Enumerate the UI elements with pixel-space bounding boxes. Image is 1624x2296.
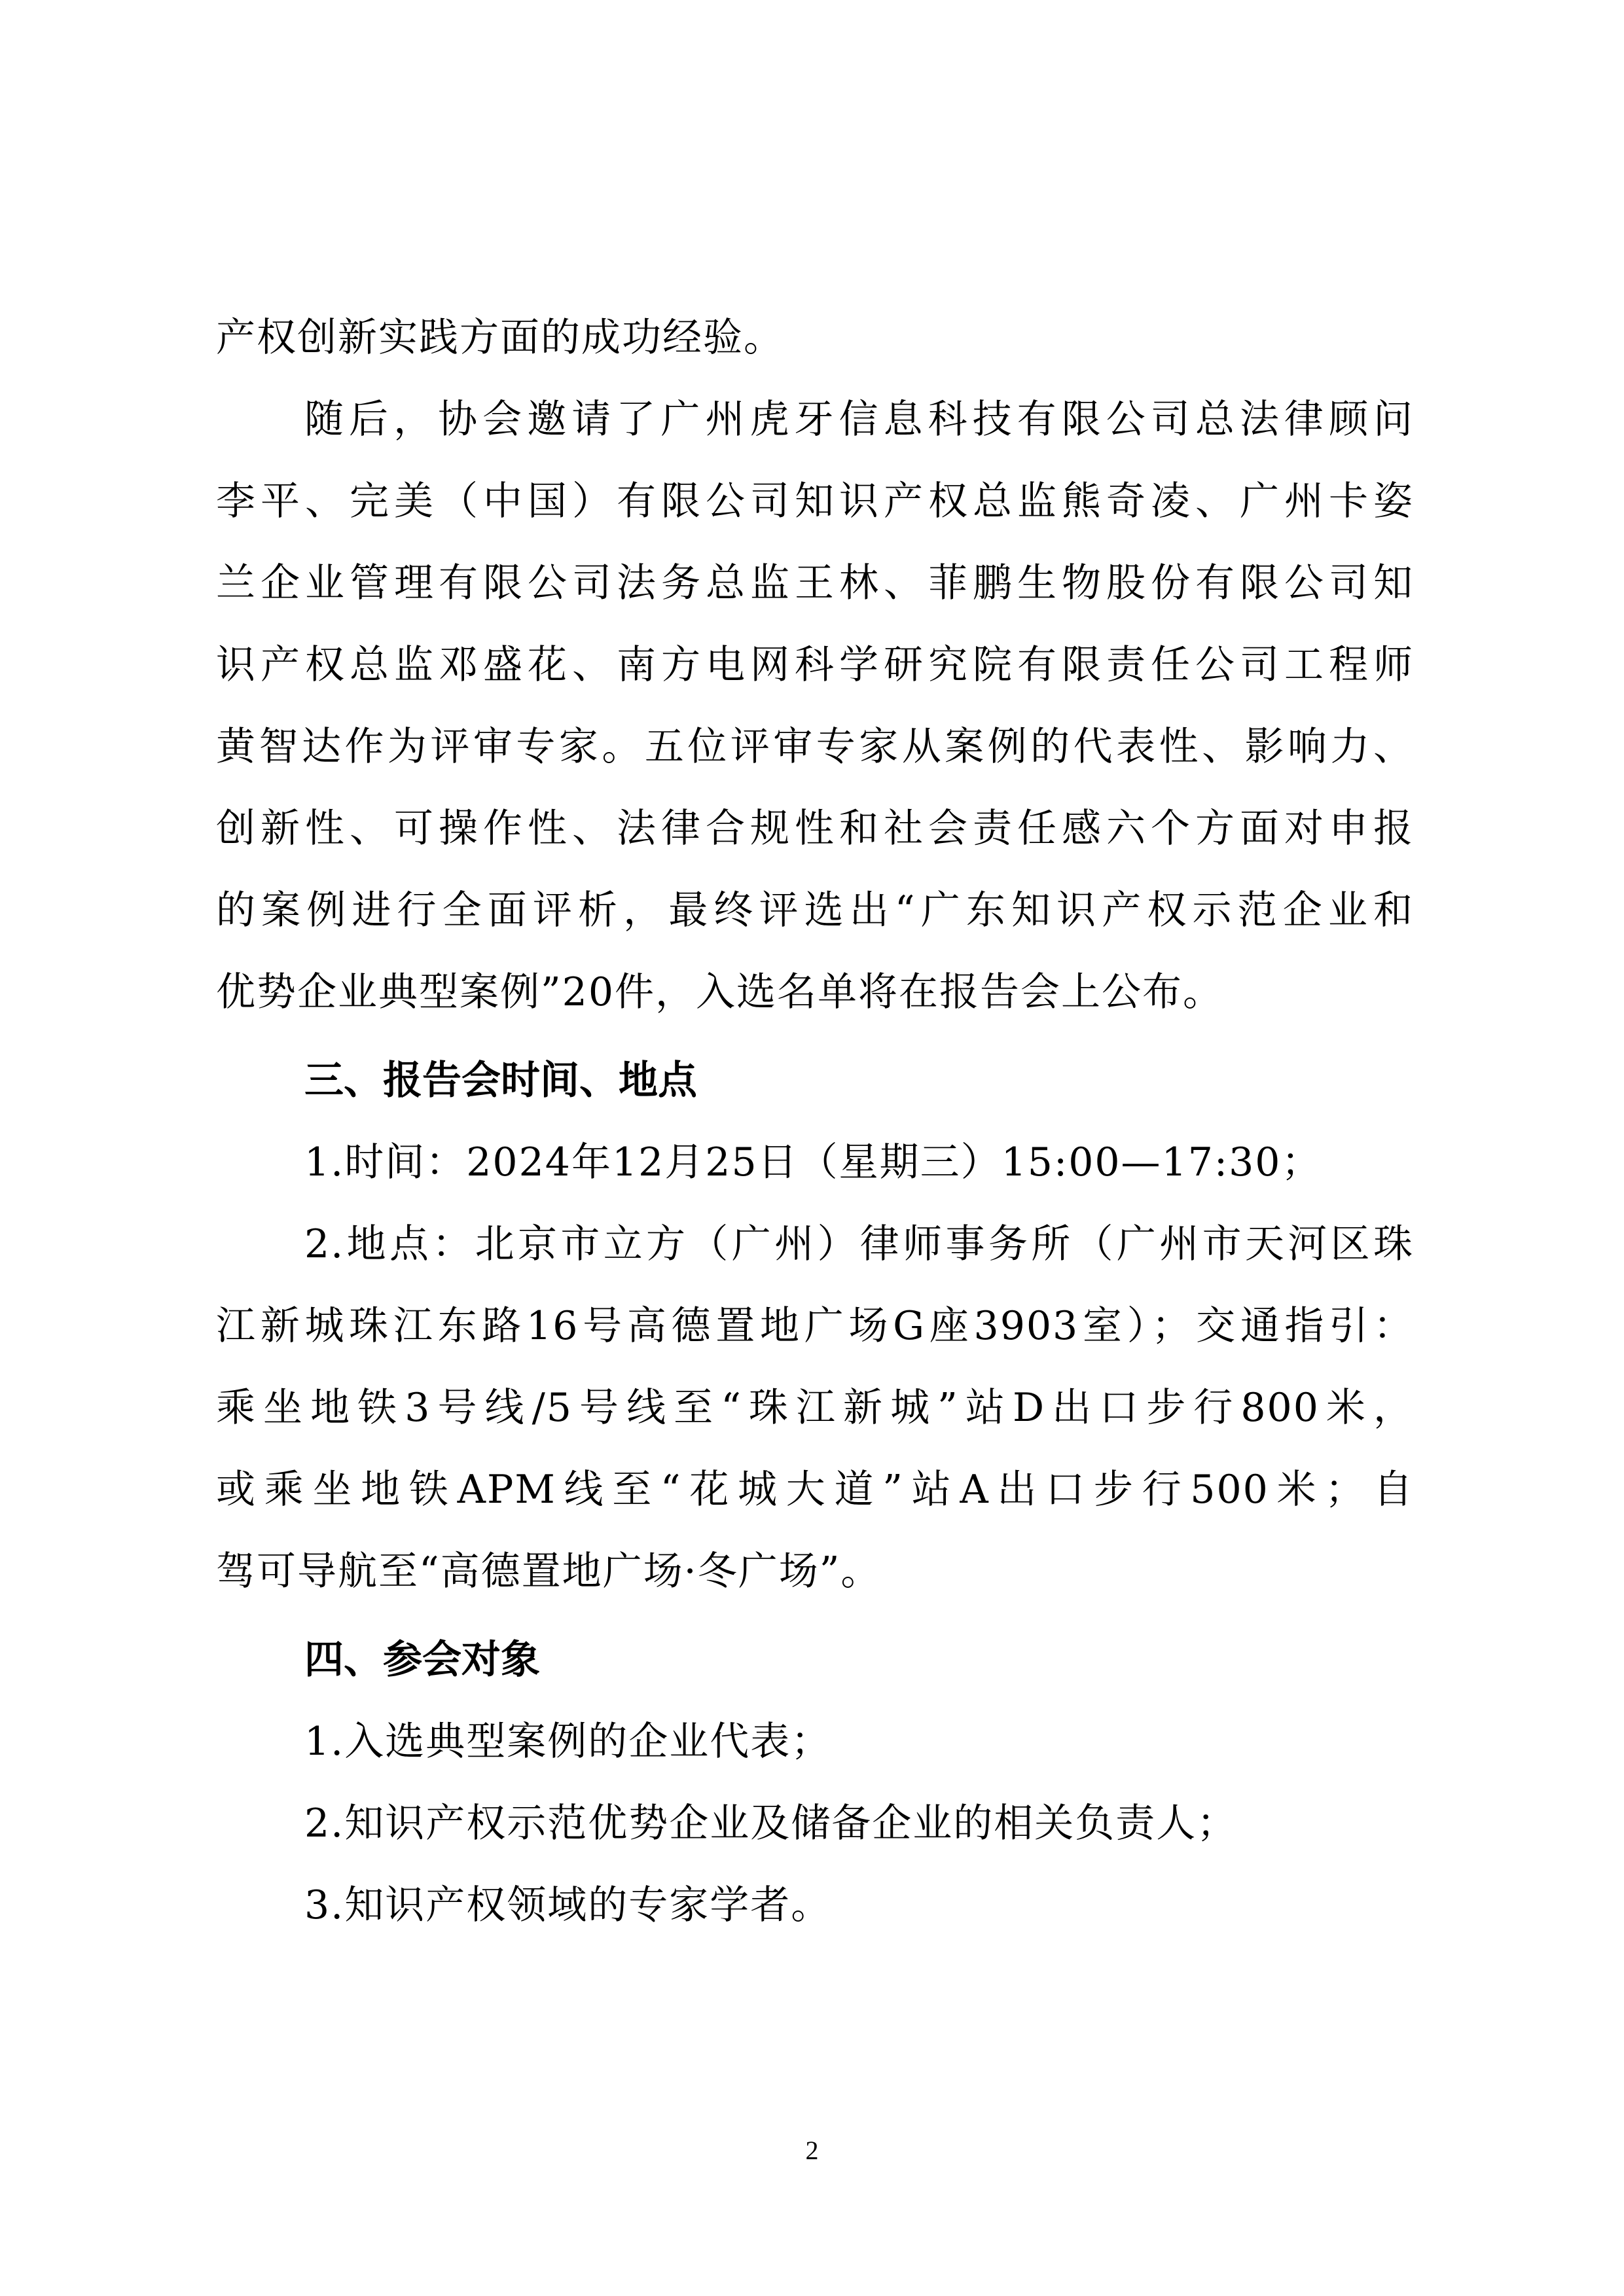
section-3-item-location-line: 2.地点：北京市立方（广州）律师事务所（广州市天河区珠 [304,1218,1414,1270]
paragraph-2-line: 优势企业典型案例”20件，入选名单将在报告会上公布。 [216,966,1414,1018]
section-3-item-location-line: 驾可导航至“高德置地广场·冬广场”。 [216,1545,1414,1598]
section-4-heading: 四、参会对象 [304,1634,540,1686]
section-4-item: 1.入选典型案例的企业代表； [304,1715,1414,1768]
paragraph-2-line: 李平、完美（中国）有限公司知识产权总监熊奇凌、广州卡姿 [216,475,1414,528]
paragraph-2-line: 随后，协会邀请了广州虎牙信息科技有限公司总法律顾问 [304,393,1414,446]
section-4-item: 3.知识产权领域的专家学者。 [304,1879,1414,1931]
paragraph-2-line: 黄智达作为评审专家。五位评审专家从案例的代表性、影响力、 [216,721,1414,773]
paragraph-2-line: 兰企业管理有限公司法务总监王林、菲鹏生物股份有限公司知 [216,557,1414,609]
paragraph-2-line: 识产权总监邓盛花、南方电网科学研究院有限责任公司工程师 [216,639,1414,691]
section-3-item-time: 1.时间：2024年12月25日（星期三）15:00—17:30； [304,1136,1414,1189]
document-page: 产权创新实践方面的成功经验。 随后，协会邀请了广州虎牙信息科技有限公司总法律顾问… [0,0,1624,2296]
paragraph-2-line: 创新性、可操作性、法律合规性和社会责任感六个方面对申报 [216,802,1414,855]
page-number: 2 [0,2135,1624,2166]
section-3-heading: 三、报告会时间、地点 [304,1054,697,1107]
paragraph-1-line: 产权创新实践方面的成功经验。 [216,312,1414,364]
section-4-item: 2.知识产权示范优势企业及储备企业的相关负责人； [304,1797,1414,1850]
section-3-item-location-line: 或乘坐地铁APM线至“花城大道”站A出口步行500米；自 [216,1463,1414,1516]
section-3-item-location-line: 乘坐地铁3号线/5号线至“珠江新城”站D出口步行800米， [216,1382,1414,1434]
section-3-item-location-line: 江新城珠江东路16号高德置地广场G座3903室）；交通指引： [216,1300,1414,1352]
paragraph-2-line: 的案例进行全面评析，最终评选出“广东知识产权示范企业和 [216,884,1414,937]
